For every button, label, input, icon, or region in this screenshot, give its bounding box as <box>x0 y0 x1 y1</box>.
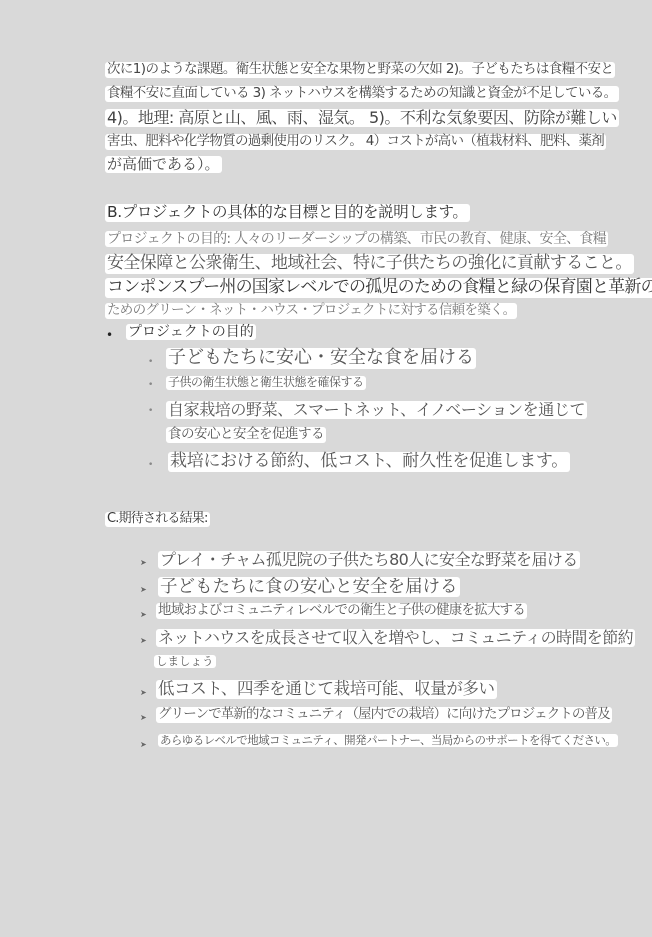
result-item-continuation: しましょう <box>154 655 216 668</box>
result-item: 地域およびコミュニティレベルでの衛生と子供の健康を拡大する <box>156 603 527 619</box>
bullet-dot-icon: • <box>148 380 153 390</box>
bullet-dot-icon: • <box>148 357 153 367</box>
result-item: プレイ・チャム孤児院の子供たち80人に安全な野菜を届ける <box>158 551 580 569</box>
intro-line: 次に1)のような課題。衛生状態と安全な果物と野菜の欠如 2)。子どもたちは食糧不… <box>105 62 615 78</box>
section-b-line: 安全保障と公衆衛生、地域社会、特に子供たちの強化に貢献すること。 <box>105 254 634 274</box>
result-item: グリーンで革新的なコミュニティ（屋内での栽培）に向けたプロジェクトの普及 <box>156 707 612 723</box>
objective-item: 子供の衛生状態と衛生状態を確保する <box>166 376 366 390</box>
bullet-dot-icon: • <box>148 460 153 470</box>
result-item: ネットハウスを成長させて収入を増やし、コミュニティの時間を節約 <box>156 629 635 647</box>
objective-item-continuation: 食の安心と安全を促進する <box>166 427 326 443</box>
section-c-heading: C.期待される結果: <box>105 512 210 527</box>
section-b-line: コンポンスプー州の国家レベルでの孤児のための食糧と緑の保育園と革新の <box>105 278 652 298</box>
bullet-dot-icon: • <box>148 406 153 416</box>
section-b-heading: B.プロジェクトの具体的な目標と目的を説明します。 <box>105 204 470 222</box>
arrow-bullet-icon: ➤ <box>140 688 147 697</box>
objective-item: 自家栽培の野菜、スマートネット、イノベーションを通じて <box>166 401 587 419</box>
objectives-label: プロジェクトの目的 <box>126 324 256 340</box>
bullet-dot-icon: • <box>106 328 113 342</box>
section-b-line: ためのグリーン・ネット・ハウス・プロジェクトに対する信頼を築く。 <box>105 303 517 319</box>
arrow-bullet-icon: ➤ <box>140 636 147 645</box>
result-item: 子どもたちに食の安心と安全を届ける <box>158 577 460 597</box>
arrow-bullet-icon: ➤ <box>140 558 147 567</box>
arrow-bullet-icon: ➤ <box>140 585 147 594</box>
section-b-line: プロジェクトの目的: 人々のリーダーシップの構築、市民の教育、健康、安全、食糧 <box>105 231 608 247</box>
objective-item: 栽培における節約、低コスト、耐久性を促進します。 <box>168 452 570 472</box>
arrow-bullet-icon: ➤ <box>140 713 147 722</box>
result-item: 低コスト、四季を通じて栽培可能、収量が多い <box>156 680 497 699</box>
objective-item: 子どもたちに安心・安全な食を届ける <box>166 348 476 369</box>
intro-line: が高価である）。 <box>105 156 222 173</box>
arrow-bullet-icon: ➤ <box>140 740 147 749</box>
result-item: あらゆるレベルで地域コミュニティ、開発パートナー、当局からのサポートを得てくださ… <box>158 734 618 747</box>
intro-line: 害虫、肥料や化学物質の過剰使用のリスク。 4）コストが高い（植栽材料、肥料、薬剤 <box>105 134 606 150</box>
intro-line: 食糧不安に直面している 3) ネットハウスを構築するための知識と資金が不足してい… <box>105 86 619 102</box>
intro-line: 4)。地理: 高原と山、風、雨、湿気。 5)。不利な気象要因、防除が難しい <box>105 109 619 127</box>
arrow-bullet-icon: ➤ <box>140 610 147 619</box>
